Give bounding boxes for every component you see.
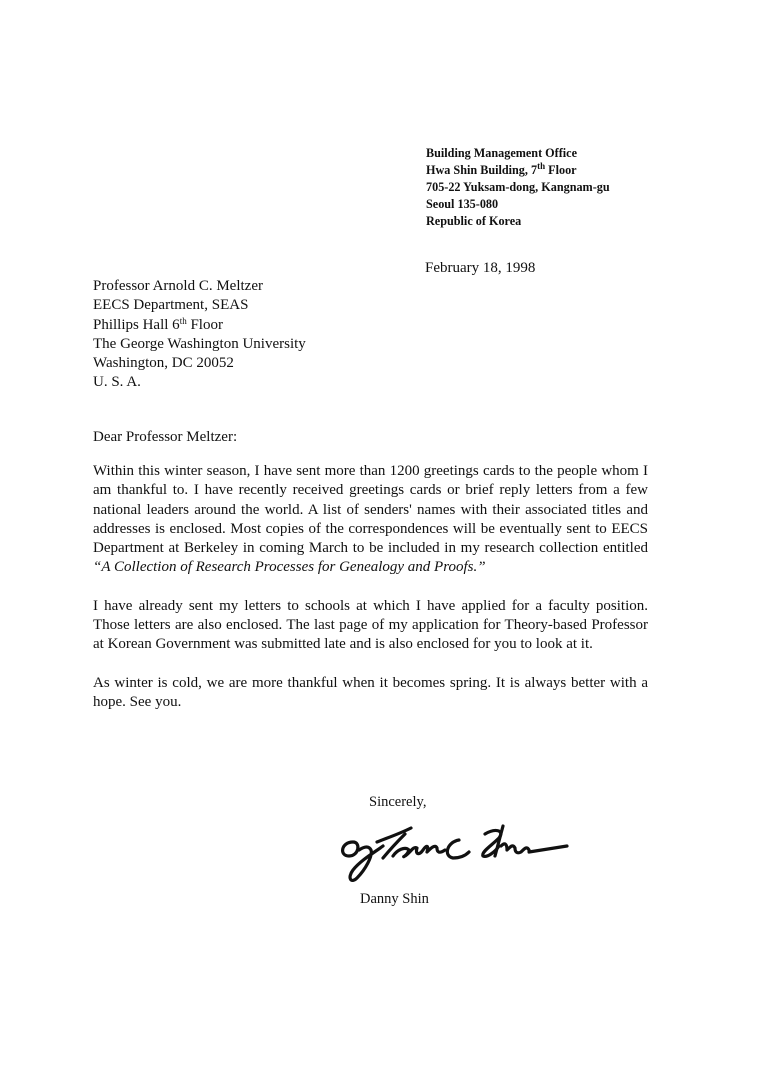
recipient-country: U. S. A.: [93, 373, 306, 392]
paragraph-3: As winter is cold, we are more thankful …: [93, 674, 648, 713]
recipient-address: Professor Arnold C. Meltzer EECS Departm…: [93, 277, 306, 393]
signer-name: Danny Shin: [360, 890, 429, 908]
sender-line-building: Hwa Shin Building, 7th Floor: [426, 162, 610, 179]
sender-line-country: Republic of Korea: [426, 213, 610, 230]
recipient-city: Washington, DC 20052: [93, 354, 306, 373]
sender-line-city: Seoul 135-080: [426, 196, 610, 213]
recipient-university: The George Washington University: [93, 335, 306, 354]
recipient-name: Professor Arnold C. Meltzer: [93, 277, 306, 296]
sender-line-office: Building Management Office: [426, 145, 610, 162]
signature-icon: [335, 812, 575, 887]
letter-body: Within this winter season, I have sent m…: [93, 462, 648, 731]
paragraph-2: I have already sent my letters to school…: [93, 597, 648, 655]
letter-date: February 18, 1998: [425, 259, 535, 277]
sender-address: Building Management Office Hwa Shin Buil…: [426, 145, 610, 230]
salutation: Dear Professor Meltzer:: [93, 428, 237, 446]
recipient-building: Phillips Hall 6th Floor: [93, 316, 306, 335]
closing: Sincerely,: [369, 793, 426, 811]
paragraph-1: Within this winter season, I have sent m…: [93, 462, 648, 578]
collection-title: “A Collection of Research Processes for …: [93, 559, 486, 575]
recipient-department: EECS Department, SEAS: [93, 296, 306, 315]
sender-line-street: 705-22 Yuksam-dong, Kangnam-gu: [426, 179, 610, 196]
